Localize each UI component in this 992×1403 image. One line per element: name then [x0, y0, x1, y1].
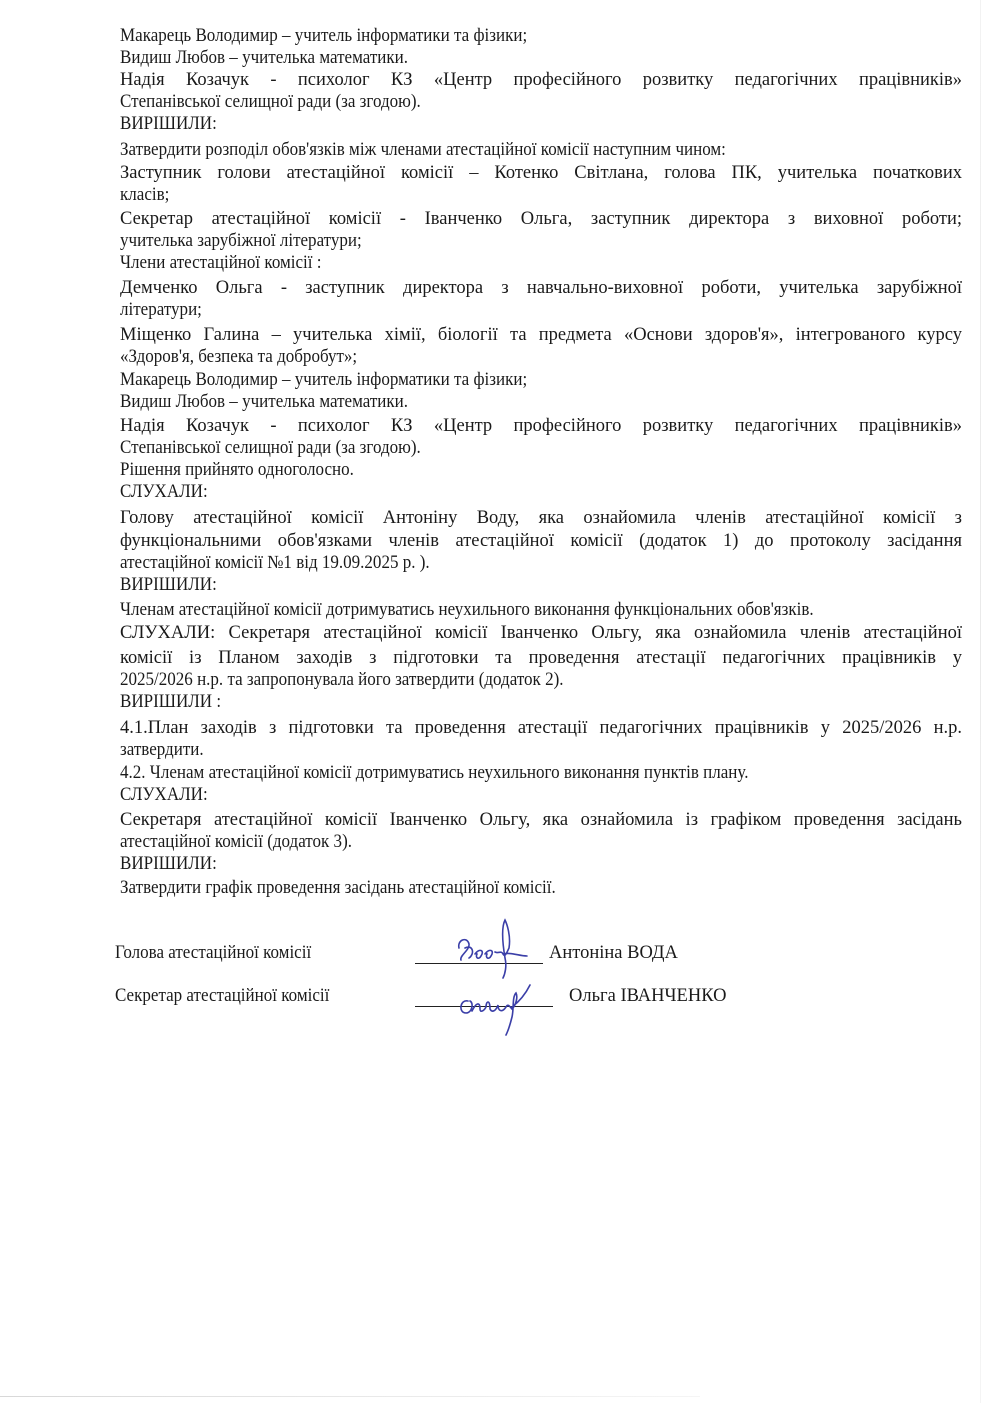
document-page: Макарець Володимир – учитель інформатики…: [0, 0, 992, 1403]
document-line: літератури;: [120, 300, 895, 321]
document-line: 4.1.План заходів з підготовки та проведе…: [120, 718, 962, 739]
document-line: ВИРІШИЛИ:: [120, 114, 895, 135]
document-line: Міщенко Галина – учителька хімії, біолог…: [120, 325, 962, 346]
document-line: СЛУХАЛИ:: [120, 785, 895, 806]
signature-row-secretary: Секретар атестаційної комісії Ольга ІВАН…: [115, 965, 815, 1025]
document-line: ВИРІШИЛИ:: [120, 854, 895, 875]
document-line: Членам атестаційної комісії дотримуватис…: [120, 600, 895, 621]
scan-edge-artifact: [980, 0, 981, 1403]
document-line: класів;: [120, 185, 895, 206]
document-line: 4.2. Членам атестаційної комісії дотриму…: [120, 763, 895, 784]
document-line: Рішення прийнято одноголосно.: [120, 460, 895, 481]
document-line: функціональними обов'язками членів атест…: [120, 531, 962, 552]
document-line: Демченко Ольга - заступник директора з н…: [120, 278, 962, 299]
document-line: Затвердити графік проведення засідань ат…: [120, 878, 895, 899]
signature-role-label: Голова атестаційної комісії: [115, 943, 311, 964]
document-line: Заступник голови атестаційної комісії – …: [120, 163, 962, 184]
handwritten-signature-icon: [450, 971, 550, 1041]
document-line: Секретаря атестаційної комісії Іванченко…: [120, 810, 962, 831]
document-line: атестаційної комісії (додаток 3).: [120, 832, 895, 853]
document-line: ВИРІШИЛИ:: [120, 575, 895, 596]
scan-bottom-artifact: [0, 1396, 700, 1397]
document-line: Видиш Любов – учителька математики.: [120, 48, 895, 69]
document-line: Видиш Любов – учителька математики.: [120, 392, 895, 413]
document-line: Макарець Володимир – учитель інформатики…: [120, 26, 895, 47]
document-line: Секретар атестаційної комісії - Іванченк…: [120, 209, 962, 230]
document-line: Макарець Володимир – учитель інформатики…: [120, 370, 895, 391]
document-line: Степанівської селищної ради (за згодою).: [120, 438, 895, 459]
signatory-name: Ольга ІВАНЧЕНКО: [569, 986, 726, 1007]
document-line: «Здоров'я, безпека та добробут»;: [120, 347, 895, 368]
document-line: учителька зарубіжної літератури;: [120, 231, 895, 252]
signature-role-label: Секретар атестаційної комісії: [115, 986, 329, 1007]
document-line: СЛУХАЛИ:: [120, 482, 895, 503]
document-line: СЛУХАЛИ: Секретаря атестаційної комісії …: [120, 623, 962, 644]
document-line: Надія Козачук - психолог КЗ «Центр профе…: [120, 416, 962, 437]
document-line: Надія Козачук - психолог КЗ «Центр профе…: [120, 70, 962, 91]
document-line: Степанівської селищної ради (за згодою).: [120, 92, 895, 113]
document-line: атестаційної комісії №1 від 19.09.2025 р…: [120, 553, 895, 574]
document-line: Затвердити розподіл обов'язків між члена…: [120, 140, 895, 161]
document-line: Голову атестаційної комісії Антоніну Вод…: [120, 508, 962, 529]
document-line: ВИРІШИЛИ :: [120, 692, 895, 713]
document-line: комісії із Планом заходів з підготовки т…: [120, 648, 962, 669]
document-line: Члени атестаційної комісії :: [120, 253, 895, 274]
document-line: 2025/2026 н.р. та запропонувала його зат…: [120, 670, 895, 691]
document-line: затвердити.: [120, 740, 895, 761]
signatory-name: Антоніна ВОДА: [549, 943, 678, 964]
